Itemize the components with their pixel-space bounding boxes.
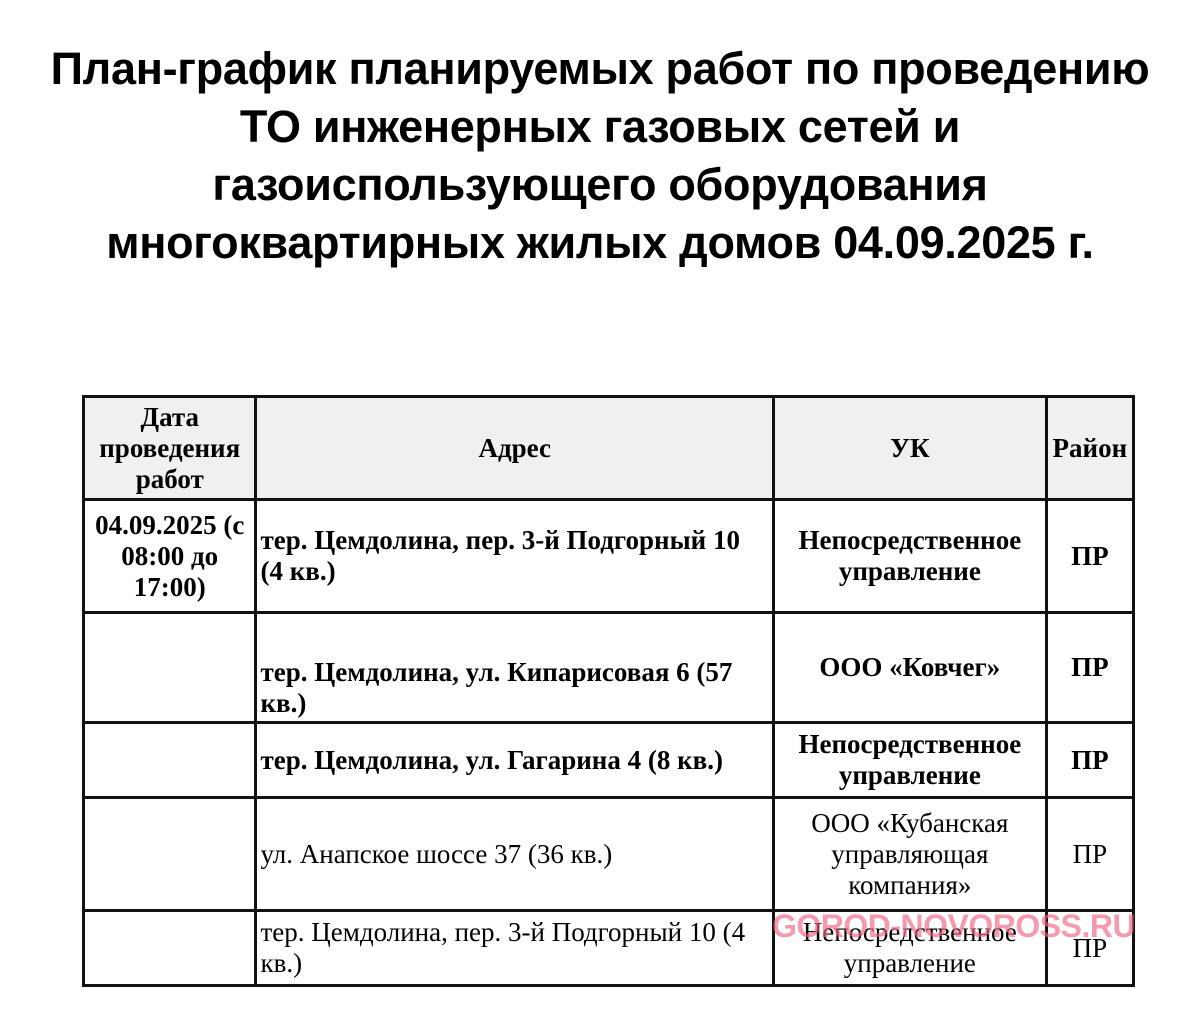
cell-uk: ООО «Кубанская управляющая компания» <box>773 798 1046 911</box>
cell-district: ПР <box>1046 613 1133 723</box>
cell-date: 04.09.2025 (с 08:00 до 17:00) <box>84 500 256 613</box>
table-row: тер. Цемдолина, ул. Гагарина 4 (8 кв.) Н… <box>84 723 1134 798</box>
cell-uk: Непосредственное управление <box>773 911 1046 986</box>
table-row: тер. Цемдолина, пер. 3-й Подгорный 10 (4… <box>84 911 1134 986</box>
schedule-table: Дата проведения работ Адрес УК Район 04.… <box>82 395 1135 987</box>
cell-district: ПР <box>1046 798 1133 911</box>
cell-address: тер. Цемдолина, пер. 3-й Подгорный 10 (4… <box>256 500 773 613</box>
cell-address: тер. Цемдолина, ул. Гагарина 4 (8 кв.) <box>256 723 773 798</box>
document-title: План-график планируемых работ по проведе… <box>40 40 1160 272</box>
header-address: Адрес <box>256 397 773 500</box>
cell-date <box>84 723 256 798</box>
cell-uk: Непосредственное управление <box>773 723 1046 798</box>
cell-address: тер. Цемдолина, ул. Кипарисовая 6 (57 кв… <box>256 613 773 723</box>
table-row: тер. Цемдолина, ул. Кипарисовая 6 (57 кв… <box>84 613 1134 723</box>
header-uk: УК <box>773 397 1046 500</box>
cell-address: ул. Анапское шоссе 37 (36 кв.) <box>256 798 773 911</box>
cell-date <box>84 798 256 911</box>
cell-date <box>84 613 256 723</box>
cell-uk: Непосредственное управление <box>773 500 1046 613</box>
cell-district: ПР <box>1046 723 1133 798</box>
cell-district: ПР <box>1046 500 1133 613</box>
cell-district: ПР <box>1046 911 1133 986</box>
table-row: ул. Анапское шоссе 37 (36 кв.) ООО «Куба… <box>84 798 1134 911</box>
cell-uk: ООО «Ковчег» <box>773 613 1046 723</box>
table-header-row: Дата проведения работ Адрес УК Район <box>84 397 1134 500</box>
header-date: Дата проведения работ <box>84 397 256 500</box>
header-district: Район <box>1046 397 1133 500</box>
cell-date <box>84 911 256 986</box>
table-row: 04.09.2025 (с 08:00 до 17:00) тер. Цемдо… <box>84 500 1134 613</box>
cell-address: тер. Цемдолина, пер. 3-й Подгорный 10 (4… <box>256 911 773 986</box>
